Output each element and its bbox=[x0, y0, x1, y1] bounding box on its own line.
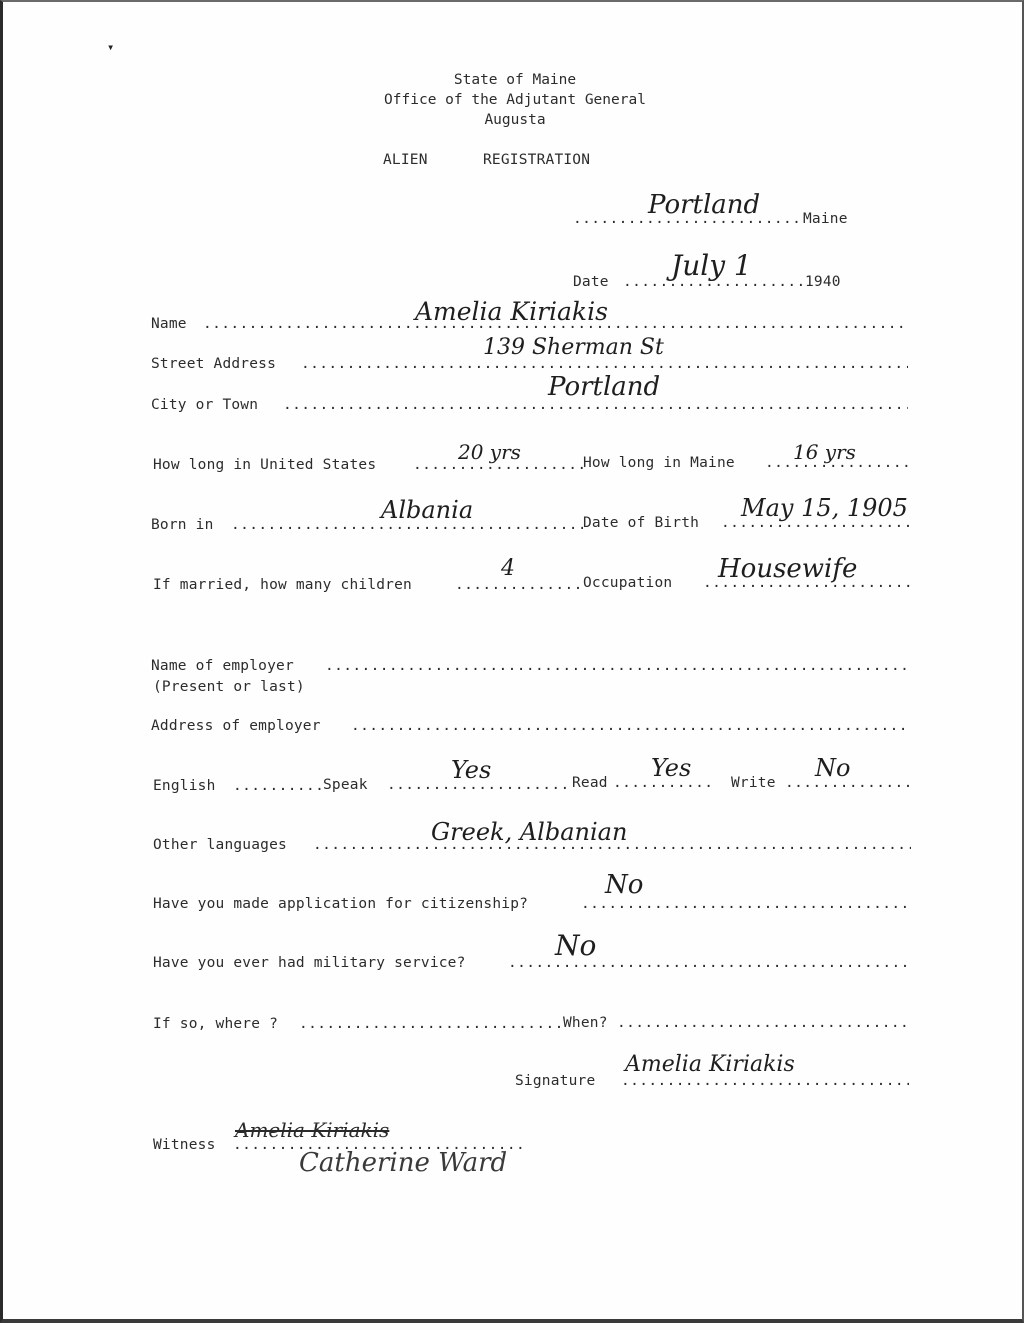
citizenship-label: Have you made application for citizenshi… bbox=[153, 895, 528, 913]
employer-name-sublabel: (Present or last) bbox=[153, 678, 305, 696]
name-value: Amelia Kiriakis bbox=[415, 299, 608, 324]
when-label: When? bbox=[563, 1014, 608, 1032]
other-languages-label: Other languages bbox=[153, 836, 287, 854]
military-label: Have you ever had military service? bbox=[153, 954, 466, 972]
employer-address-label: Address of employer bbox=[151, 717, 321, 735]
occupation-value: Housewife bbox=[718, 556, 857, 582]
signature-label: Signature bbox=[515, 1072, 595, 1090]
how-long-maine-value: 16 yrs bbox=[793, 442, 856, 462]
dob-value: May 15, 1905 bbox=[741, 496, 908, 520]
employer-name-dots: ........................................… bbox=[325, 657, 910, 675]
date-label: Date bbox=[573, 273, 609, 291]
form-title-alien: ALIEN bbox=[383, 151, 428, 169]
where-dots: ........................................… bbox=[299, 1015, 565, 1033]
write-label: Write bbox=[731, 774, 776, 792]
how-long-us-label: How long in United States bbox=[153, 456, 376, 474]
signature-value: Amelia Kiriakis bbox=[625, 1054, 795, 1076]
employer-address-dots: ........................................… bbox=[351, 717, 910, 735]
location-suffix: Maine bbox=[803, 210, 848, 228]
city-label: City or Town bbox=[151, 396, 258, 414]
how-long-maine-label: How long in Maine bbox=[583, 454, 735, 472]
speak-value: Yes bbox=[451, 758, 491, 782]
witness-label: Witness bbox=[153, 1136, 216, 1154]
date-year: 1940 bbox=[805, 273, 841, 291]
name-label: Name bbox=[151, 315, 187, 333]
street-address-label: Street Address bbox=[151, 355, 276, 373]
document-page: ▾ State of Maine Office of the Adjutant … bbox=[0, 0, 1024, 1323]
children-value: 4 bbox=[501, 558, 515, 580]
header-state: State of Maine bbox=[3, 70, 1024, 90]
form-title-registration: REGISTRATION bbox=[483, 151, 590, 169]
read-label: Read bbox=[572, 774, 608, 792]
other-languages-value: Greek, Albanian bbox=[431, 820, 627, 844]
occupation-label: Occupation bbox=[583, 574, 672, 592]
military-value: No bbox=[555, 932, 596, 960]
read-value: Yes bbox=[651, 756, 691, 780]
english-label: English bbox=[153, 777, 216, 795]
how-long-us-value: 20 yrs bbox=[458, 442, 521, 462]
witness-struck-value: Amelia Kiriakis bbox=[235, 1120, 389, 1140]
write-value: No bbox=[815, 756, 850, 780]
employer-name-label: Name of employer bbox=[151, 657, 294, 675]
citizenship-value: No bbox=[605, 872, 643, 898]
english-dots: ............... bbox=[233, 777, 323, 795]
dob-label: Date of Birth bbox=[583, 514, 699, 532]
children-label: If married, how many children bbox=[153, 576, 412, 594]
ink-mark: ▾ bbox=[107, 40, 114, 54]
children-dots: ...................... bbox=[455, 576, 583, 594]
header-office: Office of the Adjutant General bbox=[3, 90, 1024, 110]
date-value: July 1 bbox=[671, 252, 752, 280]
location-value: Portland bbox=[648, 192, 760, 218]
city-value: Portland bbox=[548, 374, 660, 400]
header-city: Augusta bbox=[3, 110, 1024, 130]
when-dots: ........................................… bbox=[617, 1014, 911, 1032]
speak-label: Speak bbox=[323, 776, 368, 794]
witness-value: Catherine Ward bbox=[299, 1150, 507, 1176]
where-label: If so, where ? bbox=[153, 1015, 278, 1033]
street-address-value: 139 Sherman St bbox=[483, 337, 664, 359]
born-in-value: Albania bbox=[381, 498, 473, 522]
born-in-label: Born in bbox=[151, 516, 214, 534]
